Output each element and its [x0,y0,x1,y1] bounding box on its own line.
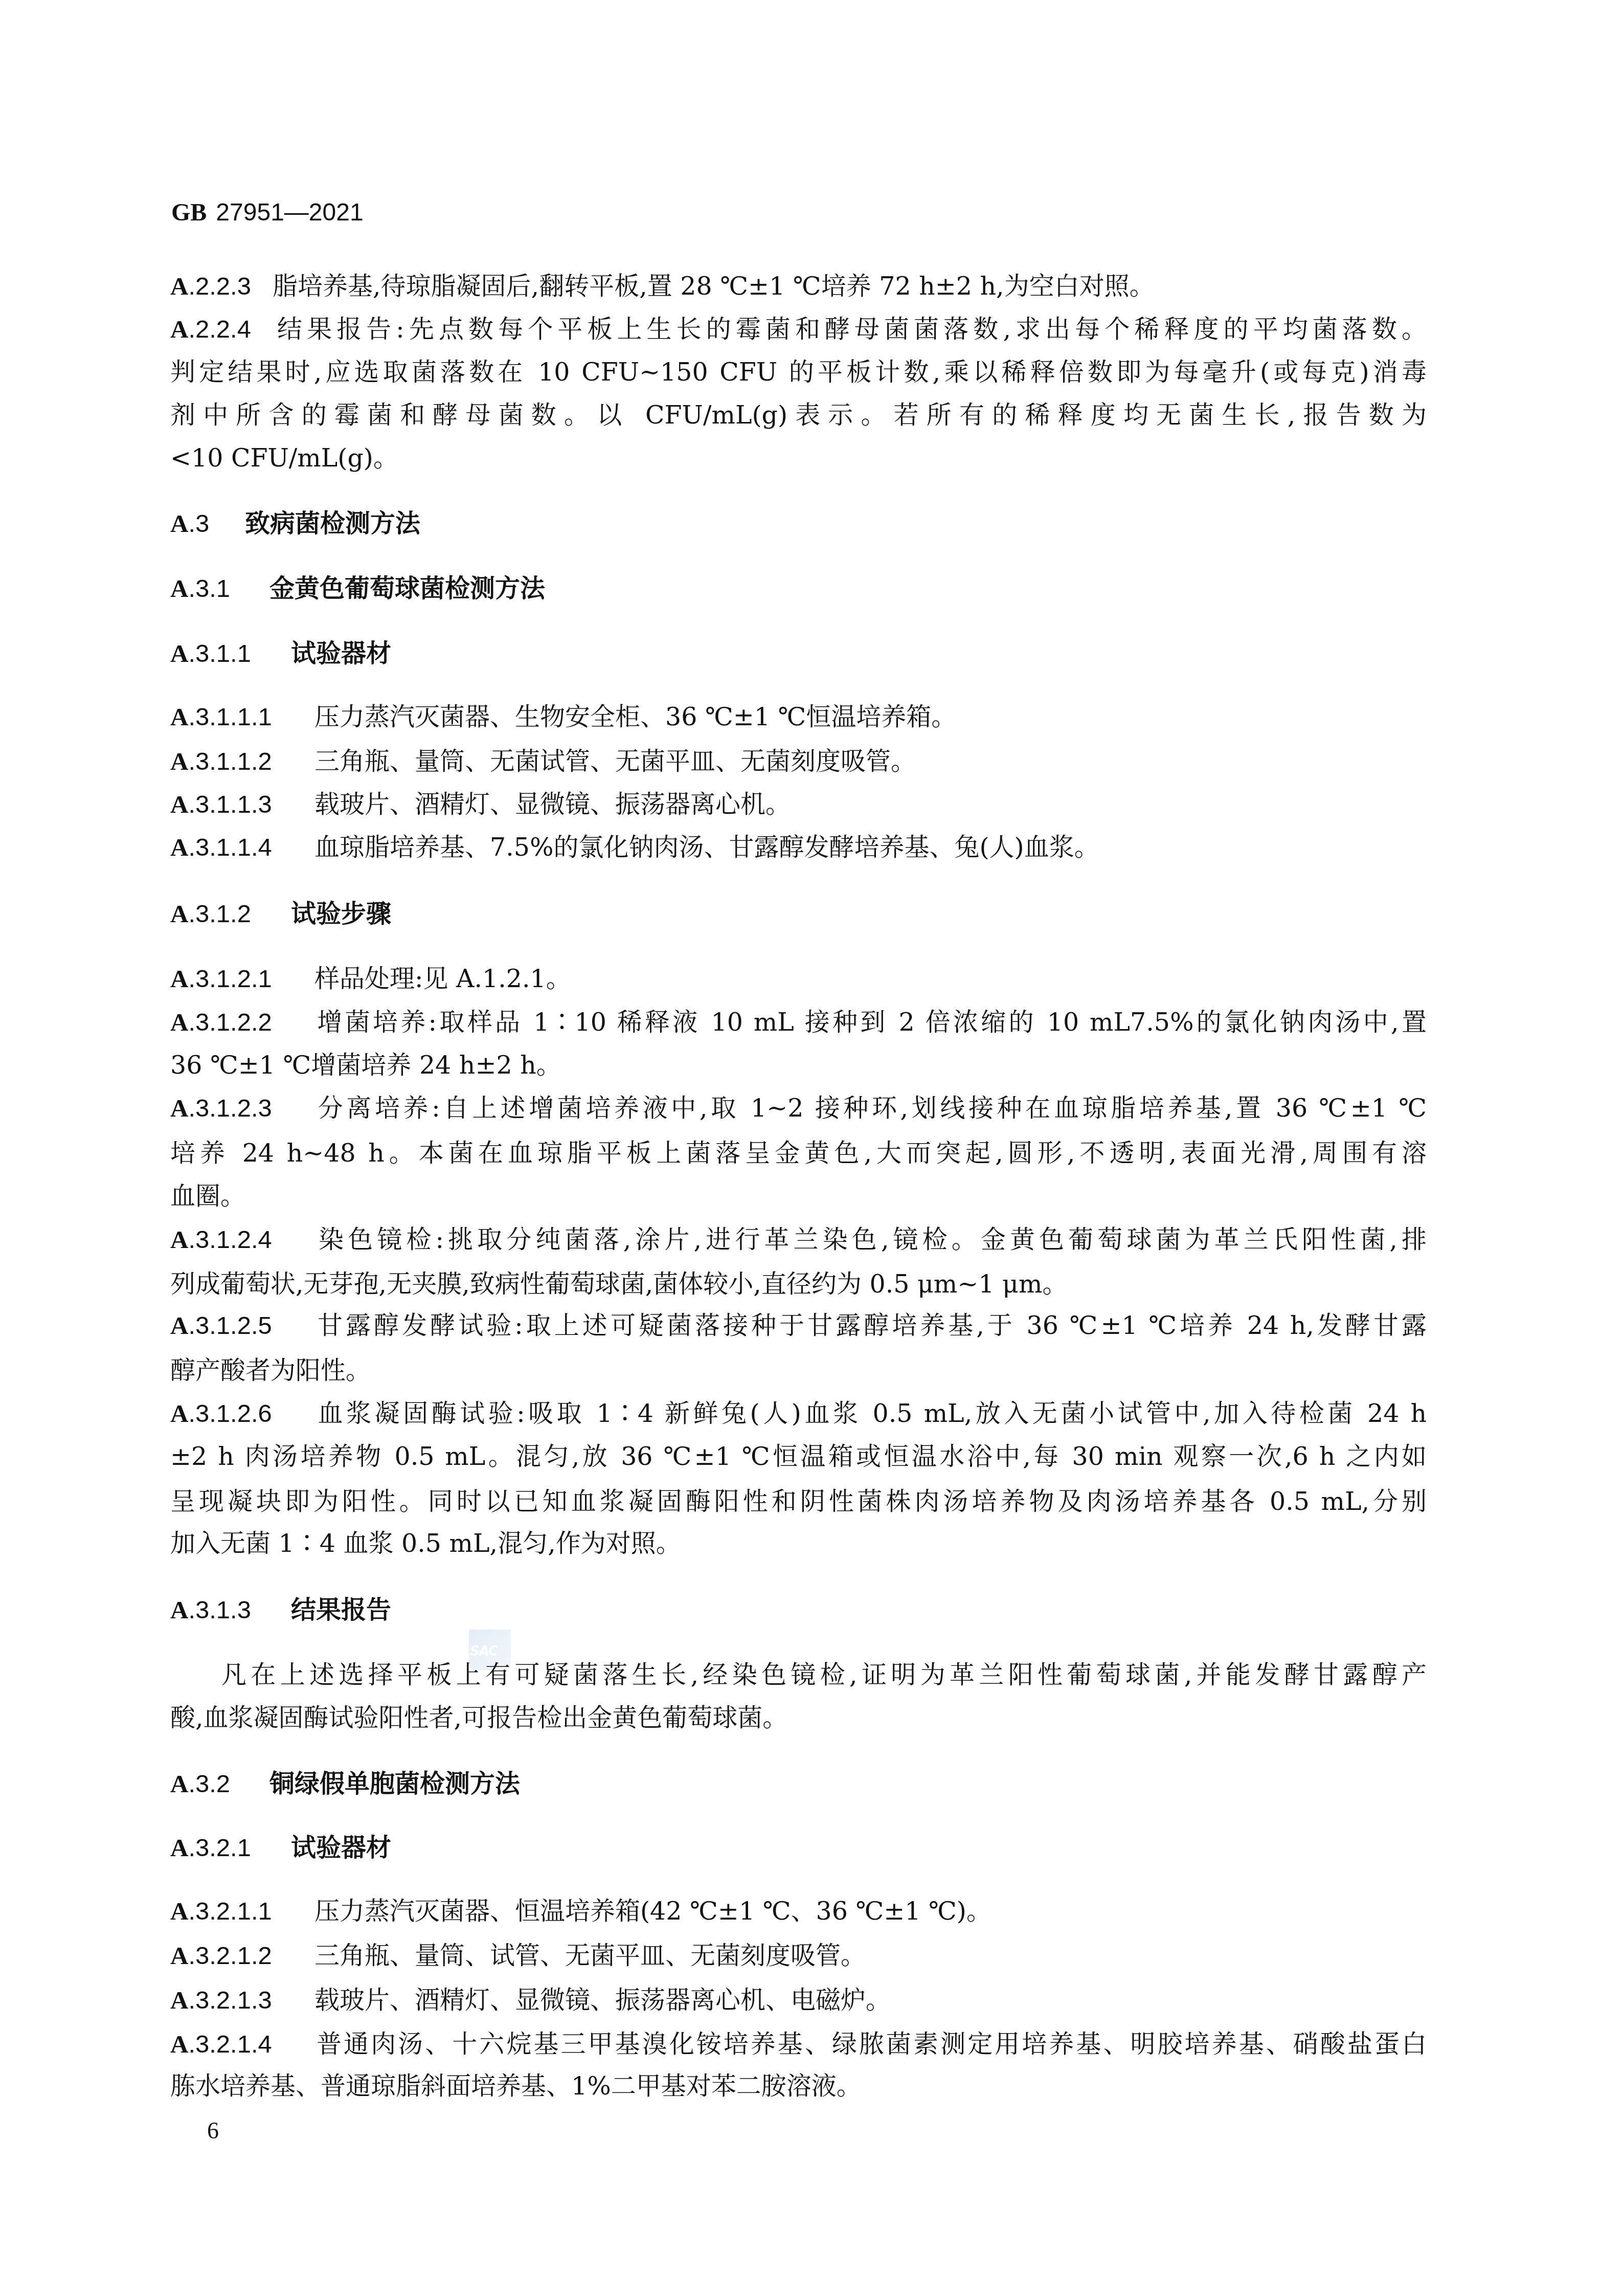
paragraph-line: 酸,血浆凝固酶试验阳性者,可报告检出金黄色葡萄球菌。 [170,1703,1427,1733]
paragraph-line: 判定结果时,应选取菌落数在 10 CFU~150 CFU 的平板计数,乘以稀释倍… [170,357,1427,388]
section-title: 试验器材 [291,639,391,668]
clause-a3211: A.3.2.1.1压力蒸汽灭菌器、恒温培养箱(42 ℃±1 ℃、36 ℃±1 ℃… [170,1896,1427,1927]
standard-code: 27951—2021 [216,199,363,226]
clause-text: 三角瓶、量筒、无菌试管、无菌平皿、无菌刻度吸管。 [314,747,916,776]
section-number: A.3.1.3 [170,1595,291,1625]
clause-text: 压力蒸汽灭菌器、生物安全柜、36 ℃±1 ℃恒温培养箱。 [314,702,956,731]
clause-number: A.3.2.1.1 [170,1896,314,1927]
clause-text: 分离培养:自上述增菌培养液中,取 1~2 接种环,划线接种在血琼脂培养基,置 3… [314,1094,1427,1123]
section-number: A.3.1.2 [170,899,291,929]
section-heading-a31: A.3.1金黄色葡萄球菌检测方法 [170,573,1427,604]
clause-a3114: A.3.1.1.4血琼脂培养基、7.5%的氯化钠肉汤、甘露醇发酵培养基、兔(人)… [170,832,1427,863]
document-header: GB27951—2021 [171,197,364,228]
section-title: 试验步骤 [291,899,391,928]
clause-text: 结果报告:先点数每个平板上生长的霉菌和酵母菌菌落数,求出每个稀释度的平均菌落数。 [273,315,1427,344]
paragraph-line: 血圈。 [170,1181,1427,1212]
section-title: 结果报告 [291,1595,391,1624]
section-heading-a3: A.3致病菌检测方法 [170,508,1427,539]
clause-text: 血浆凝固酶试验:吸取 1∶4 新鲜兔(人)血浆 0.5 mL,放入无菌小试管中,… [314,1399,1427,1428]
section-heading-a312: A.3.1.2试验步骤 [170,899,1427,929]
clause-text: 普通肉汤、十六烷基三甲基溴化铵培养基、绿脓菌素测定用培养基、明胶培养基、硝酸盐蛋… [314,2030,1427,2059]
clause-number: A.3.2.1.2 [170,1941,314,1971]
section-title: 铜绿假单胞菌检测方法 [269,1769,520,1798]
section-heading-a321: A.3.2.1试验器材 [170,1833,1427,1863]
clause-a3214: A.3.2.1.4普通肉汤、十六烷基三甲基溴化铵培养基、绿脓菌素测定用培养基、明… [170,2029,1427,2060]
clause-text: 三角瓶、量筒、试管、无菌平皿、无菌刻度吸管。 [314,1941,866,1970]
paragraph-line: ±2 h 肉汤培养物 0.5 mL。混匀,放 36 ℃±1 ℃恒温箱或恒温水浴中… [170,1441,1427,1472]
clause-a3124: A.3.1.2.4染色镜检:挑取分纯菌落,涂片,进行革兰染色,镜检。金黄色葡萄球… [170,1224,1427,1255]
section-heading-a311: A.3.1.1试验器材 [170,638,1427,669]
clause-a3112: A.3.1.1.2三角瓶、量筒、无菌试管、无菌平皿、无菌刻度吸管。 [170,746,1427,777]
section-number: A.3 [170,508,245,539]
clause-a3123: A.3.1.2.3分离培养:自上述增菌培养液中,取 1~2 接种环,划线接种在血… [170,1093,1427,1124]
clause-number: A.3.1.1.4 [170,832,314,863]
section-heading-a32: A.3.2铜绿假单胞菌检测方法 [170,1769,1427,1799]
paragraph-line: 培养 24 h~48 h。本菌在血琼脂平板上菌落呈金黄色,大而突起,圆形,不透明… [170,1138,1427,1169]
section-heading-a313: A.3.1.3结果报告 [170,1595,1427,1625]
paragraph-line: 呈现凝块即为阳性。同时以已知血浆凝固酶阳性和阴性菌株肉汤培养物及肉汤培养基各 0… [170,1486,1427,1517]
clause-number: A.3.1.1.1 [170,702,314,732]
clause-text: 样品处理:见 A.1.2.1。 [314,964,571,993]
clause-a224: A.2.2.4结果报告:先点数每个平板上生长的霉菌和酵母菌菌落数,求出每个稀释度… [170,314,1427,345]
clause-text: 增菌培养:取样品 1∶10 稀释液 10 mL 接种到 2 倍浓缩的 10 mL… [314,1008,1427,1037]
section-title: 致病菌检测方法 [245,509,420,538]
paragraph-line: 胨水培养基、普通琼脂斜面培养基、1%二甲基对苯二胺溶液。 [170,2071,1427,2102]
clause-number: A.3.2.1.4 [170,2029,314,2060]
clause-text: 染色镜检:挑取分纯菌落,涂片,进行革兰染色,镜检。金黄色葡萄球菌为革兰氏阳性菌,… [314,1225,1427,1254]
clause-number: A.3.1.1.3 [170,789,314,820]
clause-a3213: A.3.2.1.3载玻片、酒精灯、显微镜、振荡器离心机、电磁炉。 [170,1985,1427,2016]
clause-number: A.2.2.3 [170,271,273,302]
clause-a3121: A.3.1.2.1样品处理:见 A.1.2.1。 [170,964,1427,994]
clause-number: A.3.1.2.3 [170,1093,314,1124]
clause-a223: A.2.2.3脂培养基,待琼脂凝固后,翻转平板,置 28 ℃±1 ℃培养 72 … [170,271,1427,302]
clause-a3113: A.3.1.1.3载玻片、酒精灯、显微镜、振荡器离心机。 [170,789,1427,820]
paragraph-line: <10 CFU/mL(g)。 [170,443,1427,474]
clause-text: 血琼脂培养基、7.5%的氯化钠肉汤、甘露醇发酵培养基、兔(人)血浆。 [314,833,1099,862]
section-number: A.3.1 [170,573,269,604]
clause-number: A.3.1.2.1 [170,964,314,994]
clause-number: A.3.1.1.2 [170,746,314,777]
clause-text: 甘露醇发酵试验:取上述可疑菌落接种于甘露醇培养基,于 36 ℃±1 ℃培养 24… [314,1311,1427,1340]
section-title: 金黄色葡萄球菌检测方法 [269,574,545,603]
clause-a3125: A.3.1.2.5甘露醇发酵试验:取上述可疑菌落接种于甘露醇培养基,于 36 ℃… [170,1310,1427,1341]
clause-a3122: A.3.1.2.2增菌培养:取样品 1∶10 稀释液 10 mL 接种到 2 倍… [170,1007,1427,1038]
paragraph-line: 加入无菌 1∶4 血浆 0.5 mL,混匀,作为对照。 [170,1528,1427,1559]
clause-a3111: A.3.1.1.1压力蒸汽灭菌器、生物安全柜、36 ℃±1 ℃恒温培养箱。 [170,702,1427,732]
section-number: A.3.2 [170,1769,269,1799]
section-number: A.3.1.1 [170,638,291,669]
clause-a3212: A.3.2.1.2三角瓶、量筒、试管、无菌平皿、无菌刻度吸管。 [170,1941,1427,1971]
paragraph-line: 列成葡萄状,无芽孢,无夹膜,致病性葡萄球菌,菌体较小,直径约为 0.5 μm~1… [170,1269,1427,1300]
paragraph-line: 36 ℃±1 ℃增菌培养 24 h±2 h。 [170,1050,1427,1081]
page-number: 6 [207,2116,219,2145]
clause-number: A.3.2.1.3 [170,1985,314,2016]
section-number: A.3.2.1 [170,1833,291,1863]
paragraph-line: 剂中所含的霉菌和酵母菌数。以 CFU/mL(g)表示。若所有的稀释度均无菌生长,… [170,400,1427,431]
standard-prefix: GB [171,199,207,226]
section-title: 试验器材 [291,1833,391,1862]
clause-text: 压力蒸汽灭菌器、恒温培养箱(42 ℃±1 ℃、36 ℃±1 ℃)。 [314,1897,991,1926]
clause-text: 载玻片、酒精灯、显微镜、振荡器离心机。 [314,790,791,819]
clause-number: A.3.1.2.4 [170,1224,314,1255]
clause-number: A.3.1.2.5 [170,1310,314,1341]
clause-number: A.2.2.4 [170,314,273,345]
clause-number: A.3.1.2.6 [170,1398,314,1429]
paragraph-line: 凡在上述选择平板上有可疑菌落生长,经染色镜检,证明为革兰阳性葡萄球菌,并能发酵甘… [170,1660,1427,1690]
clause-text: 载玻片、酒精灯、显微镜、振荡器离心机、电磁炉。 [314,1986,891,2015]
paragraph-line: 醇产酸者为阳性。 [170,1355,1427,1386]
clause-text: 脂培养基,待琼脂凝固后,翻转平板,置 28 ℃±1 ℃培养 72 h±2 h,为… [273,272,1155,301]
clause-a3126: A.3.1.2.6血浆凝固酶试验:吸取 1∶4 新鲜兔(人)血浆 0.5 mL,… [170,1398,1427,1429]
clause-number: A.3.1.2.2 [170,1007,314,1038]
